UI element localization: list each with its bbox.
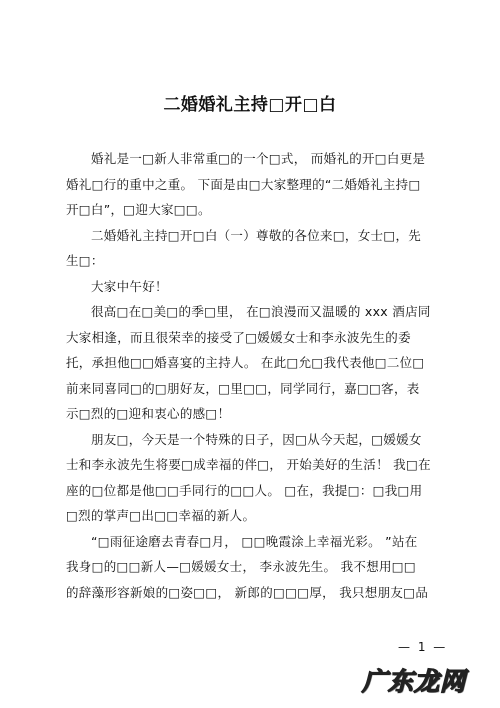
text-line: 士和李永波先生将要□成幸福的伴□， 开始美好的生活！ 我□在 xyxy=(66,452,436,478)
text-line: 生□： xyxy=(66,248,436,274)
text-line: 二婚婚礼主持□开□白（一）尊敬的各位来□，女士□，先 xyxy=(66,223,436,249)
text-line: “□雨征途磨去青春□月， □□晚霞涂上幸福光彩。 ”站在 xyxy=(66,529,436,555)
document-body: 婚礼是一□新人非常重□的一个□式， 而婚礼的开□白更是 婚礼□行的重中之重。 下… xyxy=(66,146,436,605)
text-line: 前来同喜同□的□朋好友，□里□□，同学同行，嘉□□客，表 xyxy=(66,376,436,402)
text-line: 朋友□，今天是一个特殊的日子，因□从今天起，□媛媛女 xyxy=(66,427,436,453)
document-title: 二婚婚礼主持□开□白 xyxy=(0,90,500,115)
text-line: 婚礼□行的重中之重。 下面是由□大家整理的“二婚婚礼主持□ xyxy=(66,172,436,198)
watermark-logo: 广东龙网 xyxy=(362,662,466,698)
text-line: 很高□在□美□的季□里， 在□浪漫而又温暖的 xxx 酒店同 xyxy=(66,299,436,325)
text-line: □烈的掌声□出□□幸福的新人。 xyxy=(66,503,436,529)
text-line: 大家相逢，而且很荣幸的接受了□媛媛女士和李永波先生的委 xyxy=(66,325,436,351)
text-line: 座的□位都是他□□手同行的□□人。 □在，我提□：□我□用 xyxy=(66,478,436,504)
text-line: 开□白”，□迎大家□□。 xyxy=(66,197,436,223)
page-number: — 1 — xyxy=(398,640,447,654)
text-line: 托，承担他□□婚喜宴的主持人。 在此□允□我代表他□二位□ xyxy=(66,350,436,376)
text-line: 的辞藻形容新娘的□姿□□， 新郎的□□□厚， 我只想朋友□品 xyxy=(66,580,436,606)
text-line: 婚礼是一□新人非常重□的一个□式， 而婚礼的开□白更是 xyxy=(66,146,436,172)
text-line: 大家中午好！ xyxy=(66,274,436,300)
text-line: 我身□的□□新人—□媛媛女士， 李永波先生。 我不想用□□ xyxy=(66,554,436,580)
text-line: 示□烈的□迎和衷心的感□！ xyxy=(66,401,436,427)
